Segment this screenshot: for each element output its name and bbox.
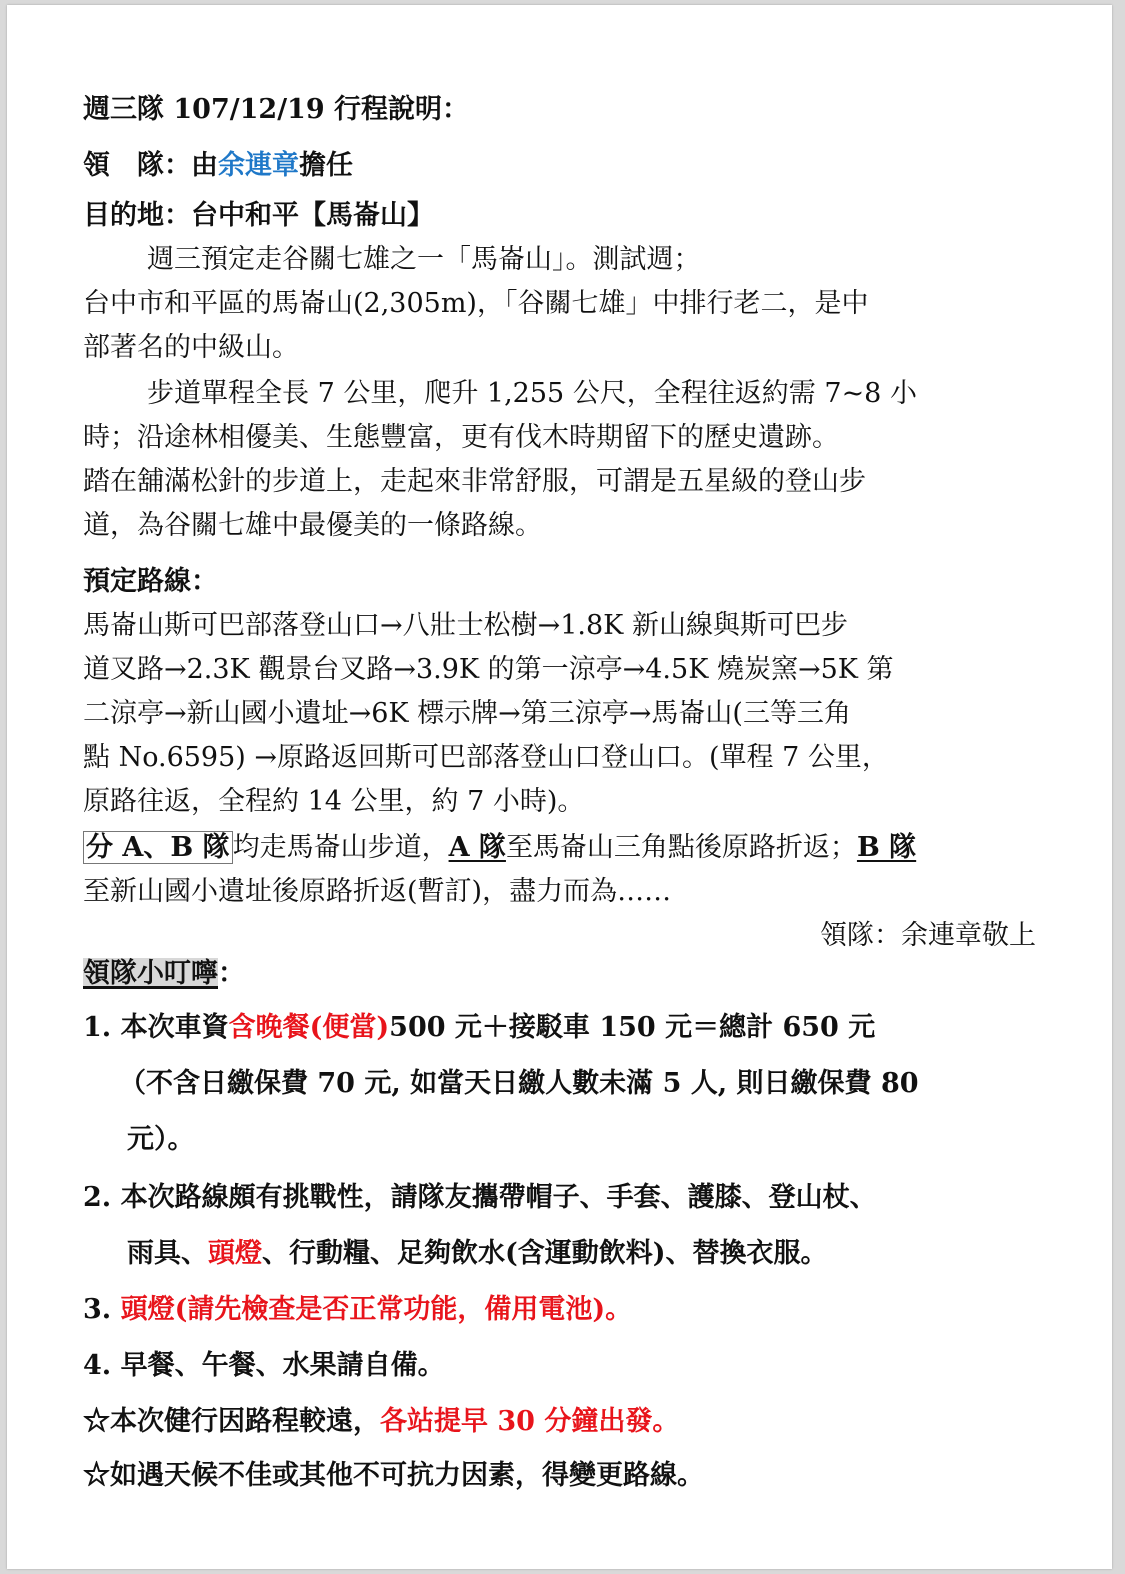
document-page: 週三隊 107/12/19 行程說明： 領 隊：由余連章擔任 目的地：台中和平【… [7,5,1112,1569]
route-line: 點 No.6595) →原路返回斯可巴部落登山口登山口。(單程 7 公里， [83,741,889,775]
intro-line: 台中市和平區的馬崙山(2,305m)，「谷關七雄」中排行老二，是中 [83,287,868,321]
signature: 領隊：余連章敬上 [820,919,1036,953]
tip-number: 2. [83,1182,111,1213]
route-line: 馬崙山斯可巴部落登山口→八壯士松樹→1.8K 新山線與斯可巴步 [83,609,848,643]
note-text: ☆本次健行因路程較遠， [83,1406,380,1437]
teams-line: 分 A、B 隊均走馬崙山步道，A 隊至馬崙山三角點後原路折返；B 隊 [83,831,916,865]
b-team-label: B 隊 [857,832,916,863]
intro-line: 時；沿途林相優美、生態豐富，更有伐木時期留下的歷史遺跡。 [83,421,839,455]
teams-line-2: 至新山國小遺址後原路折返(暫訂)，盡力而為…… [83,875,671,909]
leader-line: 領 隊：由余連章擔任 [83,149,353,183]
tip-item-1-line-3: 元）。 [127,1123,195,1157]
tip-text: 500 元＋接駁車 150 元＝總計 650 元 [389,1012,875,1043]
tips-heading: 領隊小叮嚀： [83,957,245,991]
tip-highlight: 頭燈(請先檢查是否正常功能，備用電池)。 [121,1294,633,1325]
route-line: 二涼亭→新山國小遺址→6K 標示牌→第三涼亭→馬崙山(三等三角 [83,697,851,731]
route-line: 原路往返，全程約 14 公里，約 7 小時)。 [83,785,584,819]
intro-line: 部著名的中級山。 [83,331,299,365]
destination-line: 目的地：台中和平【馬崙山】 [83,199,434,233]
intro-line: 步道單程全長 7 公里，爬升 1,255 公尺，全程往返約需 7~8 小 [147,377,917,411]
tip-text: 、行動糧、足夠飲水(含運動飲料)、替換衣服。 [262,1238,828,1269]
intro-line: 踏在舖滿松針的步道上，走起來非常舒服，可謂是五星級的登山步 [83,465,866,499]
tip-item-1: 1. 本次車資含晚餐(便當)500 元＋接駁車 150 元＝總計 650 元 [83,1011,875,1045]
tip-number: 4. [83,1350,111,1381]
document-title: 週三隊 107/12/19 行程說明： [83,93,469,127]
route-heading: 預定路線： [83,565,218,599]
destination-label: 目的地： [83,200,191,231]
tip-item-3: 3. 頭燈(請先檢查是否正常功能，備用電池)。 [83,1293,632,1327]
leader-prefix: 由 [191,150,218,181]
a-team-label: A 隊 [449,832,506,863]
tips-heading-colon: ： [218,958,245,989]
tip-item-2-line-2: 雨具、頭燈、行動糧、足夠飲水(含運動飲料)、替換衣服。 [127,1237,828,1271]
teams-text: 至馬崙山三角點後原路折返； [506,832,857,863]
tip-number: 1. [83,1012,111,1043]
tip-item-4: 4. 早餐、午餐、水果請自備。 [83,1349,445,1383]
leader-label: 領 隊： [83,150,191,181]
note-1: ☆本次健行因路程較遠，各站提早 30 分鐘出發。 [83,1405,679,1439]
tips-heading-label: 領隊小叮嚀 [83,958,218,989]
tip-text: 本次路線頗有挑戰性，請隊友攜帶帽子、手套、護膝、登山杖、 [121,1182,877,1213]
note-highlight: 各站提早 30 分鐘出發。 [380,1406,679,1437]
tip-text: 早餐、午餐、水果請自備。 [121,1350,445,1381]
tip-text: 本次車資 [121,1012,229,1043]
tip-highlight: 含晚餐(便當) [229,1012,390,1043]
tip-number: 3. [83,1294,111,1325]
destination-value: 台中和平【馬崙山】 [191,200,434,231]
route-line: 道叉路→2.3K 觀景台叉路→3.9K 的第一涼亭→4.5K 燒炭窯→5K 第 [83,653,894,687]
leader-suffix: 擔任 [299,150,353,181]
tip-text: 雨具、 [127,1238,208,1269]
tip-item-2: 2. 本次路線頗有挑戰性，請隊友攜帶帽子、手套、護膝、登山杖、 [83,1181,877,1215]
intro-line: 週三預定走谷關七雄之一「馬崙山」。測試週； [147,243,701,277]
tip-highlight: 頭燈 [208,1238,262,1269]
teams-text: 均走馬崙山步道， [233,832,449,863]
leader-name: 余連章 [218,150,299,181]
tip-item-1-line-2: （不含日繳保費 70 元, 如當天日繳人數未滿 5 人, 則日繳保費 80 [119,1067,919,1101]
teams-boxed-label: 分 A、B 隊 [83,831,233,864]
intro-line: 道，為谷關七雄中最優美的一條路線。 [83,509,542,543]
note-2: ☆如遇天候不佳或其他不可抗力因素，得變更路線。 [83,1459,704,1493]
